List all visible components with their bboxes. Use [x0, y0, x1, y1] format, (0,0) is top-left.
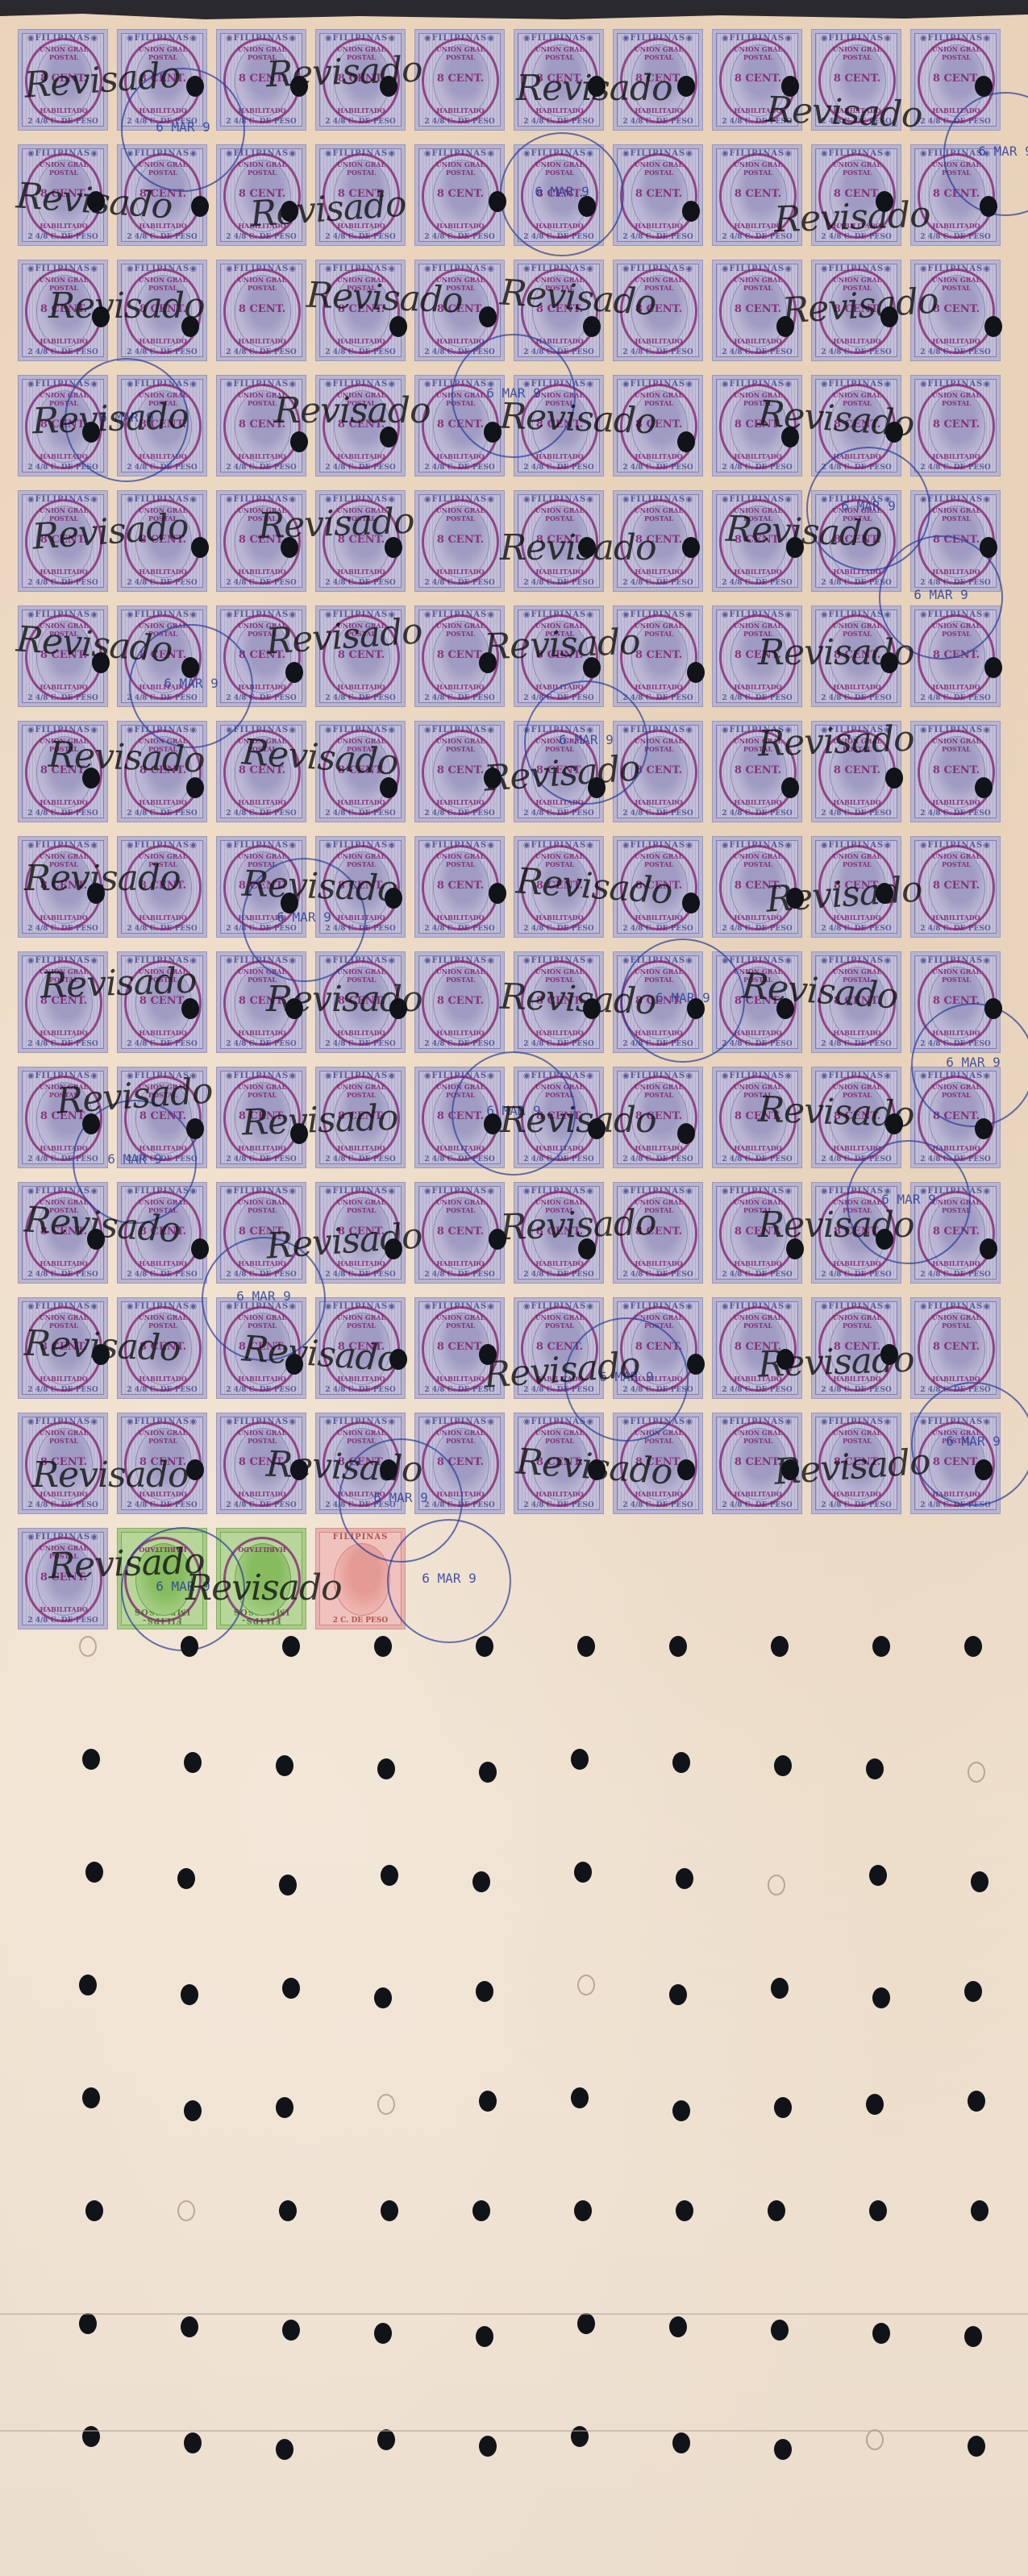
punch-hole-empty: [968, 1762, 985, 1783]
surcharge-top-text: UNION GRAL POSTAL: [27, 45, 100, 61]
surcharge-bottom-text: HABILITADO: [722, 1490, 794, 1498]
punch-hole-empty: [177, 2200, 195, 2221]
punch-hole: [975, 777, 993, 798]
punch-hole: [975, 76, 993, 97]
stamp: ◉FILIPINAS◉ 2 4/8 C. DE PESO UNION GRAL …: [910, 1067, 1001, 1168]
surcharge-overprint: UNION GRAL POSTAL 8 CENT. HABILITADO: [719, 1076, 797, 1161]
punch-hole: [588, 76, 606, 97]
surcharge-top-text: UNION GRAL POSTAL: [127, 276, 199, 292]
punch-hole: [282, 1636, 300, 1657]
surcharge-top-text: UNION GRAL POSTAL: [325, 276, 397, 292]
stamp: ◉FILIPINAS◉ 2 4/8 C. DE PESO UNION GRAL …: [910, 1297, 1001, 1399]
punch-hole: [687, 998, 705, 1019]
punch-hole: [281, 537, 298, 558]
stamp: ◉FILIPINAS◉ 2 4/8 C. DE PESO UNION GRAL …: [613, 836, 703, 938]
surcharge-top-text: UNION GRAL POSTAL: [722, 160, 794, 177]
surcharge-top-text: UNION GRAL POSTAL: [920, 737, 993, 753]
surcharge-top-text: UNION GRAL POSTAL: [226, 160, 298, 177]
surcharge-top-text: UNION GRAL POSTAL: [523, 1083, 596, 1099]
surcharge-top-text: UNION GRAL POSTAL: [27, 1429, 100, 1445]
surcharge-bottom-text: HABILITADO: [226, 1490, 298, 1498]
surcharge-value: 8 CENT.: [127, 880, 199, 892]
surcharge-overprint: UNION GRAL POSTAL 8 CENT. HABILITADO: [422, 153, 499, 239]
punch-hole: [276, 1755, 293, 1776]
surcharge-top-text: UNION GRAL POSTAL: [821, 1083, 893, 1099]
surcharge-value: 8 CENT.: [920, 418, 993, 431]
surcharge-top-text: UNION GRAL POSTAL: [821, 622, 893, 638]
surcharge-top-text: UNION GRAL POSTAL: [523, 1429, 596, 1445]
surcharge-bottom-text: HABILITADO: [920, 106, 993, 114]
punch-hole: [181, 1984, 198, 2005]
punch-hole: [385, 537, 402, 558]
stamp: ◉FILIPINAS◉ 2 4/8 C. DE PESO UNION GRAL …: [315, 1297, 406, 1399]
surcharge-value: 8 CENT.: [325, 1226, 397, 1238]
punch-hole: [489, 883, 506, 904]
surcharge-value: 8 CENT.: [920, 880, 993, 892]
punch-hole: [290, 431, 308, 452]
punch-hole: [87, 1229, 105, 1250]
surcharge-overprint: UNION GRAL POSTAL 8 CENT. HABILITADO: [25, 38, 102, 123]
surcharge-value: 8 CENT.: [523, 1110, 596, 1122]
surcharge-top-text: UNION GRAL POSTAL: [325, 1083, 397, 1099]
surcharge-overprint: UNION GRAL POSTAL 8 CENT. HABILITADO: [918, 960, 995, 1046]
surcharge-overprint: UNION GRAL POSTAL 8 CENT. HABILITADO: [620, 730, 697, 815]
surcharge-bottom-text: HABILITADO: [325, 452, 397, 460]
surcharge-top-text: UNION GRAL POSTAL: [722, 45, 794, 61]
punch-hole: [876, 883, 893, 904]
surcharge-overprint: UNION GRAL POSTAL 8 CENT. HABILITADO: [818, 384, 896, 469]
surcharge-top-text: UNION GRAL POSTAL: [325, 852, 397, 868]
surcharge-overprint: UNION GRAL POSTAL 8 CENT. HABILITADO: [918, 268, 995, 354]
stamp: ◉FILIPINAS◉ 2 4/8 C. DE PESO UNION GRAL …: [216, 606, 306, 707]
surcharge-top-text: UNION GRAL POSTAL: [722, 1198, 794, 1214]
surcharge-top-text: UNION GRAL POSTAL: [424, 852, 497, 868]
surcharge-bottom-text: HABILITADO: [424, 1375, 497, 1383]
surcharge-overprint: UNION GRAL POSTAL 8 CENT. HABILITADO: [818, 1076, 896, 1161]
surcharge-overprint: UNION GRAL POSTAL 8 CENT. HABILITADO: [521, 268, 598, 354]
surcharge-bottom-text: HABILITADO: [821, 1490, 893, 1498]
surcharge-value: 8 CENT.: [523, 1341, 596, 1353]
stamp: ◉FILIPINAS◉ 2 4/8 C. DE PESO UNION GRAL …: [414, 951, 505, 1053]
punch-hole: [885, 768, 903, 789]
punch-hole: [279, 2200, 297, 2221]
surcharge-bottom-text: HABILITADO: [27, 1490, 100, 1498]
surcharge-bottom-text: HABILITADO: [127, 337, 199, 345]
stamp: ◉FILIPINAS◉ 2 4/8 C. DE PESO UNION GRAL …: [117, 260, 207, 361]
surcharge-value: 8 CENT.: [622, 418, 695, 431]
surcharge-bottom-text: HABILITADO: [821, 913, 893, 922]
surcharge-top-text: UNION GRAL POSTAL: [424, 1313, 497, 1330]
punch-hole: [872, 1636, 890, 1657]
punch-hole: [672, 2100, 690, 2121]
stamp: ◉FILIPINAS◉ 2 4/8 C. DE PESO UNION GRAL …: [910, 606, 1001, 707]
surcharge-bottom-text: HABILITADO: [622, 1375, 695, 1383]
surcharge-bottom-text: HABILITADO: [424, 913, 497, 922]
punch-hole-empty: [79, 1636, 97, 1657]
surcharge-bottom-text: HABILITADO: [821, 683, 893, 691]
surcharge-top-text: UNION GRAL POSTAL: [325, 160, 397, 177]
stamp: ◉FILIPINAS◉ 2 4/8 C. DE PESO UNION GRAL …: [414, 1413, 505, 1514]
surcharge-bottom-text: HABILITADO: [920, 1029, 993, 1037]
surcharge-top-text: UNION GRAL POSTAL: [127, 160, 199, 177]
stamp: ◉FILIPINAS◉ 2 4/8 C. DE PESO UNION GRAL …: [117, 606, 207, 707]
punch-hole: [583, 316, 601, 337]
punch-hole: [676, 2200, 693, 2221]
punch-hole: [377, 2429, 395, 2450]
surcharge-value: 8 CENT.: [821, 764, 893, 776]
punch-hole: [479, 2436, 497, 2457]
punch-hole: [669, 2316, 687, 2337]
punch-hole: [191, 1238, 209, 1259]
punch-hole: [489, 191, 506, 212]
surcharge-bottom-text: HABILITADO: [523, 568, 596, 576]
surcharge-value: 8 CENT.: [226, 1341, 298, 1353]
surcharge-value: 8 CENT.: [523, 303, 596, 315]
stamp: ◉FILIPINAS◉ 2 4/8 C. DE PESO UNION GRAL …: [613, 1067, 703, 1168]
surcharge-overprint: UNION GRAL POSTAL 8 CENT. HABILITADO: [620, 1191, 697, 1276]
surcharge-bottom-text: HABILITADO: [127, 798, 199, 806]
surcharge-bottom-text: HABILITADO: [821, 1375, 893, 1383]
punch-hole: [786, 1238, 804, 1259]
surcharge-value: 8 CENT.: [722, 1110, 794, 1122]
punch-hole: [968, 2091, 985, 2112]
surcharge-top-text: UNION GRAL POSTAL: [424, 276, 497, 292]
surcharge-overprint: UNION GRAL POSTAL 8 CENT. HABILITADO: [223, 614, 301, 700]
surcharge-overprint: UNION GRAL POSTAL 8 CENT. HABILITADO: [223, 268, 301, 354]
surcharge-bottom-text: HABILITADO: [424, 106, 497, 114]
surcharge-bottom-text: HABILITADO: [920, 683, 993, 691]
surcharge-value: 8 CENT.: [424, 73, 497, 85]
surcharge-bottom-text: HABILITADO: [622, 106, 695, 114]
surcharge-top-text: UNION GRAL POSTAL: [27, 1198, 100, 1214]
surcharge-overprint: UNION GRAL POSTAL 8 CENT. HABILITADO: [521, 38, 598, 123]
surcharge-top-text: UNION GRAL POSTAL: [27, 160, 100, 177]
surcharge-bottom-text: HABILITADO: [523, 1259, 596, 1267]
stamp: FILIPS-IMPRESOS HABILITADO: [216, 1528, 306, 1629]
stamp: ◉FILIPINAS◉ 2 4/8 C. DE PESO UNION GRAL …: [910, 721, 1001, 822]
punch-hole: [776, 1349, 794, 1370]
punch-hole: [380, 76, 397, 97]
surcharge-overprint: UNION GRAL POSTAL 8 CENT. HABILITADO: [521, 845, 598, 930]
punch-hole: [885, 422, 903, 443]
surcharge-overprint: UNION GRAL POSTAL 8 CENT. HABILITADO: [25, 1537, 102, 1622]
surcharge-bottom-text: HABILITADO: [920, 337, 993, 345]
stamp: ◉FILIPINAS◉ 2 4/8 C. DE PESO UNION GRAL …: [216, 721, 306, 822]
stamp: ◉FILIPINAS◉ 2 4/8 C. DE PESO UNION GRAL …: [216, 375, 306, 476]
stamp: ◉FILIPINAS◉ 2 4/8 C. DE PESO UNION GRAL …: [613, 144, 703, 246]
punch-hole: [577, 2313, 595, 2334]
punch-hole: [885, 1113, 903, 1134]
surcharge-bottom-text: HABILITADO: [226, 1144, 298, 1152]
surcharge-top-text: UNION GRAL POSTAL: [722, 852, 794, 868]
surcharge-top-text: UNION GRAL POSTAL: [226, 852, 298, 868]
surcharge-value: 8 CENT.: [821, 534, 893, 546]
surcharge-bottom-text: HABILITADO: [622, 222, 695, 230]
surcharge-value: 8 CENT.: [127, 764, 199, 776]
surcharge-bottom-text: HABILITADO: [722, 106, 794, 114]
surcharge-overprint: UNION GRAL POSTAL 8 CENT. HABILITADO: [521, 384, 598, 469]
stamp-value: 2 C. DE PESO: [316, 1617, 405, 1625]
surcharge-top-text: UNION GRAL POSTAL: [226, 737, 298, 753]
surcharge-overprint: UNION GRAL POSTAL 8 CENT. HABILITADO: [124, 268, 202, 354]
stamp: ◉FILIPINAS◉ 2 4/8 C. DE PESO UNION GRAL …: [811, 29, 901, 131]
surcharge-bottom-text: HABILITADO: [523, 1029, 596, 1037]
surcharge-top-text: UNION GRAL POSTAL: [226, 1083, 298, 1099]
surcharge-bottom-text: HABILITADO: [821, 337, 893, 345]
surcharge-value: 8 CENT.: [424, 1456, 497, 1468]
surcharge-top-text: UNION GRAL POSTAL: [821, 391, 893, 407]
surcharge-overprint: UNION GRAL POSTAL 8 CENT. HABILITADO: [223, 38, 301, 123]
punch-hole: [184, 2100, 202, 2121]
surcharge-top-text: UNION GRAL POSTAL: [424, 1083, 497, 1099]
surcharge-value: 8 CENT.: [722, 1226, 794, 1238]
punch-hole: [588, 1118, 606, 1139]
surcharge-value: 8 CENT.: [622, 764, 695, 776]
surcharge-bottom-text: HABILITADO: [226, 913, 298, 922]
surcharge-bottom-text: HABILITADO: [722, 337, 794, 345]
surcharge-overprint: UNION GRAL POSTAL 8 CENT. HABILITADO: [620, 268, 697, 354]
stamp-sheet-paper: ◉FILIPINAS◉ 2 4/8 C. DE PESO UNION GRAL …: [0, 11, 1028, 2576]
stamp: ◉FILIPINAS◉ 2 4/8 C. DE PESO UNION GRAL …: [712, 721, 802, 822]
surcharge-bottom-text: HABILITADO: [920, 452, 993, 460]
surcharge-bottom-text: HABILITADO: [127, 568, 199, 576]
surcharge-bottom-text: HABILITADO: [127, 913, 199, 922]
stamp: ◉FILIPINAS◉ 2 4/8 C. DE PESO UNION GRAL …: [514, 1182, 604, 1284]
surcharge-value: 8 CENT.: [424, 1226, 497, 1238]
surcharge-bottom-text: HABILITADO: [821, 106, 893, 114]
surcharge-overprint: UNION GRAL POSTAL 8 CENT. HABILITADO: [25, 499, 102, 585]
surcharge-value: 8 CENT.: [127, 1341, 199, 1353]
surcharge-value: 8 CENT.: [622, 649, 695, 661]
stamp: ◉FILIPINAS◉ 2 4/8 C. DE PESO UNION GRAL …: [315, 606, 406, 707]
surcharge-bottom-text: HABILITADO: [424, 683, 497, 691]
surcharge-top-text: UNION GRAL POSTAL: [226, 506, 298, 522]
surcharge-bottom-text: HABILITADO: [325, 683, 397, 691]
punch-hole: [880, 652, 898, 673]
surcharge-top-text: UNION GRAL POSTAL: [920, 45, 993, 61]
surcharge-value: 8 CENT.: [127, 534, 199, 546]
punch-hole: [984, 316, 1002, 337]
stamp: FILIPINAS 2 C. DE PESO: [315, 1528, 406, 1629]
punch-hole: [677, 1123, 695, 1144]
punch-hole: [781, 427, 799, 447]
punch-hole: [282, 2320, 300, 2341]
stamp: ◉FILIPINAS◉ 2 4/8 C. DE PESO UNION GRAL …: [315, 144, 406, 246]
surcharge-top-text: UNION GRAL POSTAL: [821, 1313, 893, 1330]
punch-hole: [677, 76, 695, 97]
stamp: ◉FILIPINAS◉ 2 4/8 C. DE PESO UNION GRAL …: [18, 490, 108, 592]
punch-hole: [876, 1229, 893, 1250]
punch-hole: [578, 537, 596, 558]
punch-hole: [374, 2323, 392, 2344]
punch-hole: [676, 1868, 693, 1889]
surcharge-bottom-text: HABILITADO: [127, 452, 199, 460]
surcharge-overprint: UNION GRAL POSTAL 8 CENT. HABILITADO: [719, 1191, 797, 1276]
surcharge-bottom-text: HABILITADO: [622, 1259, 695, 1267]
surcharge-overprint: UNION GRAL POSTAL 8 CENT. HABILITADO: [223, 1421, 301, 1507]
surcharge-value: 8 CENT.: [127, 418, 199, 431]
surcharge-bottom-text: HABILITADO: [226, 222, 298, 230]
stamp: ◉FILIPINAS◉ 2 4/8 C. DE PESO UNION GRAL …: [613, 260, 703, 361]
punch-hole: [774, 1755, 792, 1776]
surcharge-value: 8 CENT.: [27, 1456, 100, 1468]
surcharge-top-text: UNION GRAL POSTAL: [226, 622, 298, 638]
punch-hole: [285, 1354, 303, 1375]
punch-hole: [290, 1123, 308, 1144]
surcharge-top-text: UNION GRAL POSTAL: [821, 737, 893, 753]
surcharge-bottom-text: HABILITADO: [27, 106, 100, 114]
punch-hole: [484, 1113, 502, 1134]
punch-hole: [571, 1749, 589, 1770]
surcharge-top-text: UNION GRAL POSTAL: [622, 1313, 695, 1330]
surcharge-bottom-text: HABILITADO: [325, 1490, 397, 1498]
surcharge-overprint: UNION GRAL POSTAL 8 CENT. HABILITADO: [918, 614, 995, 700]
stamp: ◉FILIPINAS◉ 2 4/8 C. DE PESO UNION GRAL …: [117, 1182, 207, 1284]
surcharge-overprint: UNION GRAL POSTAL 8 CENT. HABILITADO: [521, 614, 598, 700]
surcharge-overprint: UNION GRAL POSTAL 8 CENT. HABILITADO: [521, 1191, 598, 1276]
punch-hole: [385, 888, 402, 909]
surcharge-top-text: UNION GRAL POSTAL: [226, 968, 298, 984]
surcharge-overprint: UNION GRAL POSTAL 8 CENT. HABILITADO: [521, 1306, 598, 1392]
surcharge-top-text: UNION GRAL POSTAL: [622, 968, 695, 984]
stamp: ◉FILIPINAS◉ 2 4/8 C. DE PESO UNION GRAL …: [910, 836, 1001, 938]
punch-hole: [476, 1636, 493, 1657]
surcharge-bottom-text: HABILITADO: [821, 452, 893, 460]
surcharge-value: 8 CENT.: [325, 303, 397, 315]
surcharge-top-text: UNION GRAL POSTAL: [722, 1083, 794, 1099]
punch-hole: [980, 196, 997, 217]
surcharge-top-text: UNION GRAL POSTAL: [226, 45, 298, 61]
surcharge-top-text: UNION GRAL POSTAL: [523, 968, 596, 984]
stamp: ◉FILIPINAS◉ 2 4/8 C. DE PESO UNION GRAL …: [18, 1413, 108, 1514]
stamp: ◉FILIPINAS◉ 2 4/8 C. DE PESO UNION GRAL …: [514, 144, 604, 246]
surcharge-bottom-text: HABILITADO: [127, 1029, 199, 1037]
punch-hole: [191, 196, 209, 217]
punch-hole: [479, 1344, 497, 1365]
punch-hole: [281, 893, 298, 913]
surcharge-top-text: UNION GRAL POSTAL: [325, 391, 397, 407]
surcharge-top-text: UNION GRAL POSTAL: [821, 45, 893, 61]
surcharge-value: 8 CENT.: [622, 1341, 695, 1353]
surcharge-overprint: UNION GRAL POSTAL 8 CENT. HABILITADO: [422, 1191, 499, 1276]
surcharge-bottom-text: HABILITADO: [722, 1029, 794, 1037]
punch-hole: [186, 1459, 204, 1480]
surcharge-bottom-text: HABILITADO: [226, 798, 298, 806]
surcharge-overprint: UNION GRAL POSTAL 8 CENT. HABILITADO: [323, 614, 400, 700]
surcharge-overprint: UNION GRAL POSTAL 8 CENT. HABILITADO: [124, 384, 202, 469]
surcharge-bottom-text: HABILITADO: [722, 683, 794, 691]
surcharge-overprint: UNION GRAL POSTAL 8 CENT. HABILITADO: [323, 153, 400, 239]
punch-hole: [771, 2320, 789, 2341]
postmark-date: 6 MAR 9: [389, 1571, 510, 1586]
punch-hole: [79, 2313, 97, 2334]
surcharge-value: 8 CENT.: [127, 188, 199, 200]
punch-hole: [374, 1987, 392, 2008]
surcharge-top-text: UNION GRAL POSTAL: [920, 1429, 993, 1445]
surcharge-overprint: UNION GRAL POSTAL 8 CENT. HABILITADO: [223, 1306, 301, 1392]
stamp: ◉FILIPINAS◉ 2 4/8 C. DE PESO UNION GRAL …: [18, 951, 108, 1053]
punch-hole: [282, 1978, 300, 1999]
surcharge-bottom-text: HABILITADO: [523, 913, 596, 922]
surcharge-top-text: UNION GRAL POSTAL: [523, 622, 596, 638]
surcharge-bottom-text: HABILITADO: [523, 683, 596, 691]
surcharge-top-text: UNION GRAL POSTAL: [920, 160, 993, 177]
surcharge-top-text: UNION GRAL POSTAL: [523, 737, 596, 753]
stamp: ◉FILIPINAS◉ 2 4/8 C. DE PESO UNION GRAL …: [315, 836, 406, 938]
surcharge-bottom-text: HABILITADO: [27, 913, 100, 922]
stamp: ◉FILIPINAS◉ 2 4/8 C. DE PESO UNION GRAL …: [712, 1297, 802, 1399]
surcharge-overprint: UNION GRAL POSTAL 8 CENT. HABILITADO: [124, 845, 202, 930]
surcharge-bottom-text: HABILITADO: [523, 337, 596, 345]
surcharge-value: 8 CENT.: [27, 995, 100, 1007]
punch-hole: [866, 2094, 884, 2115]
surcharge-bottom-text: HABILITADO: [127, 1546, 199, 1554]
surcharge-bottom-text: HABILITADO: [424, 452, 497, 460]
surcharge-value: 8 CENT.: [523, 73, 596, 85]
surcharge-overprint: UNION GRAL POSTAL 8 CENT. HABILITADO: [25, 614, 102, 700]
surcharge-bottom-text: HABILITADO: [27, 222, 100, 230]
punch-hole: [577, 1636, 595, 1657]
surcharge-top-text: UNION GRAL POSTAL: [622, 737, 695, 753]
surcharge-top-text: UNION GRAL POSTAL: [722, 1313, 794, 1330]
punch-hole: [574, 2200, 592, 2221]
surcharge-overprint: UNION GRAL POSTAL 8 CENT. HABILITADO: [918, 1306, 995, 1392]
surcharge-top-text: UNION GRAL POSTAL: [27, 968, 100, 984]
punch-hole: [389, 998, 407, 1019]
surcharge-overprint: UNION GRAL POSTAL 8 CENT. HABILITADO: [323, 1306, 400, 1392]
surcharge-bottom-text: HABILITADO: [523, 798, 596, 806]
punch-hole: [285, 662, 303, 683]
surcharge-top-text: UNION GRAL POSTAL: [127, 391, 199, 407]
punch-hole: [181, 657, 199, 678]
stamp: ◉FILIPINAS◉ 2 4/8 C. DE PESO UNION GRAL …: [712, 1182, 802, 1284]
stamp: ◉FILIPINAS◉ 2 4/8 C. DE PESO UNION GRAL …: [315, 1182, 406, 1284]
stamp: ◉FILIPINAS◉ 2 4/8 C. DE PESO UNION GRAL …: [811, 490, 901, 592]
punch-hole: [781, 777, 799, 798]
surcharge-overprint: UNION GRAL POSTAL 8 CENT. HABILITADO: [818, 499, 896, 585]
surcharge-value: 8 CENT.: [622, 1226, 695, 1238]
surcharge-value: 8 CENT.: [722, 188, 794, 200]
surcharge-value: 8 CENT.: [325, 188, 397, 200]
punch-hole: [872, 1987, 890, 2008]
punch-hole: [880, 1344, 898, 1365]
surcharge-value: 8 CENT.: [226, 1110, 298, 1122]
surcharge-bottom-text: HABILITADO: [424, 1490, 497, 1498]
surcharge-bottom-text: HABILITADO: [821, 1144, 893, 1152]
surcharge-bottom-text: HABILITADO: [226, 568, 298, 576]
surcharge-top-text: UNION GRAL POSTAL: [226, 1313, 298, 1330]
punch-hole: [92, 306, 110, 327]
punch-hole: [771, 1636, 789, 1657]
surcharge-top-text: UNION GRAL POSTAL: [722, 1429, 794, 1445]
surcharge-value: 8 CENT.: [920, 764, 993, 776]
punch-hole: [768, 2200, 785, 2221]
surcharge-bottom-text: HABILITADO: [27, 1375, 100, 1383]
punch-hole: [82, 422, 100, 443]
surcharge-bottom-text: HABILITADO: [722, 1144, 794, 1152]
stamp: ◉FILIPINAS◉ 2 4/8 C. DE PESO UNION GRAL …: [910, 375, 1001, 476]
surcharge-top-text: UNION GRAL POSTAL: [27, 1313, 100, 1330]
punch-hole: [971, 1871, 988, 1892]
punch-hole: [583, 998, 601, 1019]
surcharge-top-text: UNION GRAL POSTAL: [622, 506, 695, 522]
surcharge-value: 8 CENT.: [920, 303, 993, 315]
surcharge-overprint: UNION GRAL POSTAL 8 CENT. HABILITADO: [719, 845, 797, 930]
surcharge-top-text: UNION GRAL POSTAL: [622, 160, 695, 177]
surcharge-bottom-text: HABILITADO: [325, 1029, 397, 1037]
surcharge-bottom-text: HABILITADO: [523, 452, 596, 460]
stamp: ◉FILIPINAS◉ 2 4/8 C. DE PESO UNION GRAL …: [910, 1182, 1001, 1284]
